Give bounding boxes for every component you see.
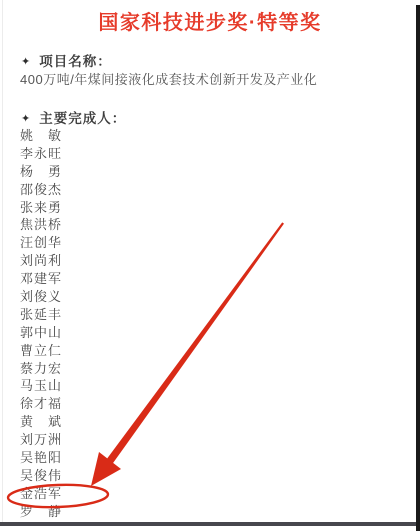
project-name-value: 400万吨/年煤间接液化成套技术创新开发及产业化 [20,71,317,88]
right-edge-border [416,5,420,531]
contributor-name: 郭中山 [20,324,220,342]
diamond-bullet-icon: ✦ [21,113,31,125]
contributor-name: 金浩军 [20,485,220,503]
bottom-scrollbar [0,522,416,526]
contributor-name: 马玉山 [20,377,220,395]
project-name-header: ✦项目名称： [21,54,112,70]
contributor-name: 焦洪桥 [20,216,220,234]
contributor-name: 蔡力宏 [20,360,220,378]
contributor-name: 吴俊伟 [20,467,220,485]
award-announcement-page: 国家科技进步奖·特等奖 ✦项目名称： 400万吨/年煤间接液化成套技术创新开发及… [0,0,420,531]
project-name-label: 项目名称： [39,54,112,69]
contributor-name: 曹立仁 [20,342,220,360]
contributor-name: 刘万洲 [20,431,220,449]
contributor-name: 吴艳阳 [20,449,220,467]
contributor-name: 罗 静 [20,503,220,521]
contributor-name: 张延丰 [20,306,220,324]
left-edge-divider [2,0,3,522]
contributor-name: 邵俊杰 [20,181,220,199]
contributors-list: 姚 敏李永旺杨 勇邵俊杰张来勇焦洪桥汪创华刘尚利邓建军刘俊义张延丰郭中山曹立仁蔡… [20,127,220,521]
contributor-name: 汪创华 [20,234,220,252]
contributors-label: 主要完成人： [39,111,126,126]
contributor-name: 张来勇 [20,199,220,217]
diamond-bullet-icon: ✦ [21,56,31,68]
contributor-name: 刘尚利 [20,252,220,270]
contributor-name: 杨 勇 [20,163,220,181]
contributors-header: ✦主要完成人： [21,111,126,127]
contributor-name: 徐才福 [20,395,220,413]
contributor-name: 李永旺 [20,145,220,163]
contributor-name: 姚 敏 [20,127,220,145]
page-title: 国家科技进步奖·特等奖 [0,10,420,36]
contributor-name: 刘俊义 [20,288,220,306]
contributor-name: 邓建军 [20,270,220,288]
contributor-name: 黄 斌 [20,413,220,431]
